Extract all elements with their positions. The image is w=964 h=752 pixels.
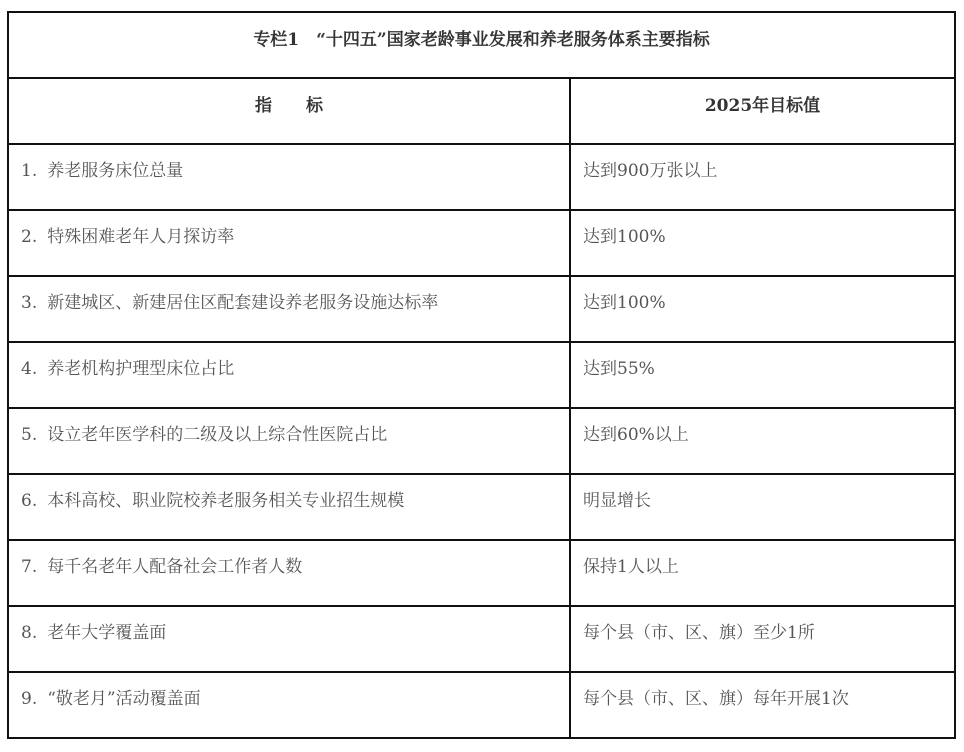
target-cell: 达到100% [570,276,955,342]
indicator-cell: 1.养老服务床位总量 [8,144,570,210]
indicators-table: 专栏1 “十四五”国家老龄事业发展和养老服务体系主要指标 指 标 2025年目标… [7,11,956,739]
header-indicator: 指 标 [8,78,570,144]
row-number: 9. [21,689,37,709]
table-row: 8.老年大学覆盖面 每个县（市、区、旗）至少1所 [8,606,955,672]
row-number: 5. [21,425,37,445]
header-target-2025: 2025年目标值 [570,78,955,144]
indicator-text: 养老机构护理型床位占比 [47,359,234,379]
indicator-text: 设立老年医学科的二级及以上综合性医院占比 [47,425,387,445]
table-row: 3.新建城区、新建居住区配套建设养老服务设施达标率 达到100% [8,276,955,342]
row-number: 4. [21,359,37,379]
target-cell: 达到100% [570,210,955,276]
indicator-text: 特殊困难老年人月探访率 [47,227,234,247]
indicator-cell: 7.每千名老年人配备社会工作者人数 [8,540,570,606]
table-row: 6.本科高校、职业院校养老服务相关专业招生规模 明显增长 [8,474,955,540]
row-number: 2. [21,227,37,247]
table-row: 4.养老机构护理型床位占比 达到55% [8,342,955,408]
target-cell: 每个县（市、区、旗）至少1所 [570,606,955,672]
table-title-row: 专栏1 “十四五”国家老龄事业发展和养老服务体系主要指标 [8,12,955,78]
target-cell: 保持1人以上 [570,540,955,606]
table-row: 1.养老服务床位总量 达到900万张以上 [8,144,955,210]
target-cell: 达到900万张以上 [570,144,955,210]
table-row: 9.“敬老月”活动覆盖面 每个县（市、区、旗）每年开展1次 [8,672,955,738]
indicator-text: “敬老月”活动覆盖面 [47,689,200,709]
row-number: 8. [21,623,37,643]
target-cell: 达到55% [570,342,955,408]
target-cell: 每个县（市、区、旗）每年开展1次 [570,672,955,738]
indicator-cell: 9.“敬老月”活动覆盖面 [8,672,570,738]
indicator-text: 每千名老年人配备社会工作者人数 [47,557,302,577]
target-cell: 达到60%以上 [570,408,955,474]
row-number: 1. [21,161,37,181]
indicator-cell: 5.设立老年医学科的二级及以上综合性医院占比 [8,408,570,474]
table-row: 5.设立老年医学科的二级及以上综合性医院占比 达到60%以上 [8,408,955,474]
indicator-cell: 8.老年大学覆盖面 [8,606,570,672]
indicator-text: 新建城区、新建居住区配套建设养老服务设施达标率 [47,293,438,313]
table-row: 7.每千名老年人配备社会工作者人数 保持1人以上 [8,540,955,606]
table-header-row: 指 标 2025年目标值 [8,78,955,144]
indicator-text: 养老服务床位总量 [47,161,183,181]
table-title: 专栏1 “十四五”国家老龄事业发展和养老服务体系主要指标 [8,12,955,78]
indicator-cell: 3.新建城区、新建居住区配套建设养老服务设施达标率 [8,276,570,342]
indicator-cell: 6.本科高校、职业院校养老服务相关专业招生规模 [8,474,570,540]
row-number: 6. [21,491,37,511]
indicator-cell: 2.特殊困难老年人月探访率 [8,210,570,276]
row-number: 3. [21,293,37,313]
indicator-cell: 4.养老机构护理型床位占比 [8,342,570,408]
indicators-table-container: 专栏1 “十四五”国家老龄事业发展和养老服务体系主要指标 指 标 2025年目标… [7,11,954,739]
row-number: 7. [21,557,37,577]
indicator-text: 本科高校、职业院校养老服务相关专业招生规模 [47,491,404,511]
table-row: 2.特殊困难老年人月探访率 达到100% [8,210,955,276]
target-cell: 明显增长 [570,474,955,540]
indicator-text: 老年大学覆盖面 [47,623,166,643]
